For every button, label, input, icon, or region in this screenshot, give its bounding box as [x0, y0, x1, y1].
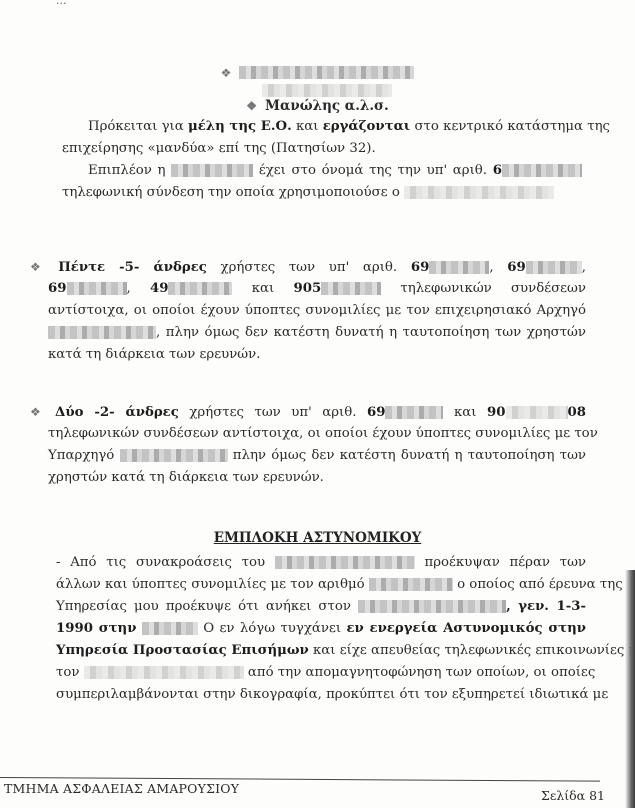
redacted-block	[120, 449, 228, 462]
redacted-block	[429, 261, 489, 274]
top-cut-text: ...	[56, 0, 67, 7]
text: τον	[56, 665, 79, 680]
paragraph-phone-owner-line2: τηλεφωνική σύνδεση την οποία χρησιμοποιο…	[62, 182, 582, 205]
police-paragraph-line7: συμπεριλαμβάνονται στην δικογραφία, προκ…	[56, 684, 586, 707]
phone-number-visible: 90	[487, 405, 506, 420]
phone-number-visible: 69	[507, 260, 526, 275]
text-line: Υπηρεσία Προστασίας Επισήμων και είχε απ…	[56, 640, 586, 663]
redacted-block	[369, 578, 453, 591]
bullet-five-men-line4: , πλην όμως δεν κατέστη δυνατή η ταυτοπο…	[48, 322, 586, 345]
redacted-block	[526, 261, 582, 274]
bullet-two-men-line4: χρηστών κατά τη διάρκεια των ερευνών.	[48, 467, 586, 490]
paragraph-phone-owner: Επιπλέον η έχει στο όνομά της την υπ' αρ…	[88, 160, 582, 183]
text-line: - Από τις συνακροάσεις του προέκυψαν πέρ…	[56, 552, 586, 575]
redacted-person-line-2	[0, 80, 635, 99]
redacted-block	[142, 622, 198, 635]
text: Ο εν λόγω τυγχάνει	[203, 621, 341, 636]
redacted-block	[171, 164, 253, 177]
text: , πλην όμως δεν κατέστη δυνατή η ταυτοπο…	[156, 325, 586, 340]
diamond-bullet-icon: ❖	[221, 66, 232, 80]
text-line: ❖Πέντε -5- άνδρες χρήστες των υπ' αριθ. …	[30, 256, 586, 280]
text: και είχε απευθείας τηλεφωνικές επικοινων…	[313, 643, 635, 658]
bold-lead: Πέντε -5- άνδρες	[58, 260, 207, 275]
diamond-bullet-icon: ❖	[30, 405, 47, 419]
text-line: 1990 στην Ο εν λόγω τυγχάνει εν ενεργεία…	[56, 618, 586, 641]
police-paragraph-line5: Υπηρεσία Προστασίας Επισήμων και είχε απ…	[56, 640, 586, 663]
text: έχει στο όνομά της την υπ' αριθ.	[259, 163, 487, 178]
diamond-bullet-icon: ❖	[246, 99, 257, 113]
text: Επιπλέον η	[88, 163, 165, 178]
text-line: χρηστών κατά τη διάρκεια των ερευνών.	[48, 467, 586, 490]
bullet-two-men: ❖Δύο -2- άνδρες χρήστες των υπ' αριθ. 69…	[30, 401, 586, 425]
redacted-block	[358, 600, 506, 613]
bold-text: εν ενεργεία Αστυνομικός στην	[346, 621, 586, 636]
redacted-block	[275, 556, 415, 569]
text: ο οποίος από έρευνα της	[457, 577, 623, 592]
text-line: τον από την απομαγνητοφώνηση των οποίων,…	[56, 662, 586, 685]
section-heading: ΕΜΠΛΟΚΗ ΑΣΤΥΝΟΜΙΚΟΥ	[0, 530, 635, 546]
person-name-heading: ❖Μανώλης α.λ.σ.	[0, 98, 635, 114]
footer-department: ΤΜΗΜΑ ΑΣΦΑΛΕΙΑΣ ΑΜΑΡΟΥΣΙΟΥ	[4, 781, 239, 796]
police-paragraph-line2: άλλων και ύποπτες συνομιλίες με τον αριθ…	[56, 574, 586, 597]
text: και	[454, 405, 477, 420]
redacted-block	[48, 326, 156, 339]
phone-number-visible: 69	[48, 281, 67, 296]
bullet-five-men-line2: 69, 49 και 905 τηλεφωνικών συνδέσεων	[48, 278, 586, 301]
redacted-person-line-1: ❖	[0, 62, 635, 81]
text-line: επιχείρησης «μανδύα» επί της (Πατησίων 3…	[62, 138, 582, 161]
text: πλην όμως δεν κατέστη δυνατή η ταυτοποίη…	[233, 448, 586, 463]
redacted-block	[385, 406, 443, 419]
text-line: Υπηρεσίας μου προέκυψε ότι ανήκει στον ,…	[56, 596, 586, 619]
text-line: κατά τη διάρκεια των ερευνών.	[48, 344, 586, 367]
text-line: , πλην όμως δεν κατέστη δυνατή η ταυτοπο…	[48, 322, 586, 345]
police-paragraph-line6: τον από την απομαγνητοφώνηση των οποίων,…	[56, 662, 586, 685]
bold-lead: Δύο -2- άνδρες	[55, 405, 179, 420]
text-line: συμπεριλαμβάνονται στην δικογραφία, προκ…	[56, 684, 586, 707]
diamond-bullet-icon: ❖	[30, 260, 50, 274]
police-paragraph-line1: - Από τις συνακροάσεις του προέκυψαν πέρ…	[56, 552, 586, 575]
text-line: 69, 49 και 905 τηλεφωνικών συνδέσεων	[48, 278, 586, 301]
bold-text: εργάζονται	[323, 119, 411, 134]
police-paragraph-line4: 1990 στην Ο εν λόγω τυγχάνει εν ενεργεία…	[56, 618, 586, 641]
police-paragraph-line3: Υπηρεσίας μου προέκυψε ότι ανήκει στον ,…	[56, 596, 586, 619]
text-line: αντίστοιχα, οι οποίοι έχουν ύποπτες συνο…	[48, 300, 586, 323]
redacted-block	[262, 84, 392, 97]
text-line: Πρόκειται για μέλη της Ε.Ο. και εργάζοντ…	[62, 116, 582, 139]
text: προέκυψαν πέραν των	[424, 555, 586, 570]
phone-number-visible: 905	[293, 281, 321, 296]
phone-number-visible: 6	[493, 163, 502, 178]
redacted-block	[502, 164, 582, 177]
birth-date-bold: , γεν. 1-3-	[506, 599, 586, 614]
phone-number-visible: 69	[411, 260, 430, 275]
text: Υπηρεσίας μου προέκυψε ότι ανήκει στον	[56, 599, 351, 614]
text: άλλων και ύποπτες συνομιλίες με τον αριθ…	[56, 577, 365, 592]
bold-text: 1990 στην	[56, 621, 136, 636]
text: χρήστες των υπ' αριθ.	[221, 260, 398, 275]
text-line: Υπαρχηγό πλην όμως δεν κατέστη δυνατή η …	[48, 445, 586, 468]
bold-text: μέλη της Ε.Ο.	[188, 119, 292, 134]
text: τηλεφωνική σύνδεση την οποία χρησιμοποιο…	[62, 185, 400, 200]
redacted-block	[239, 66, 414, 79]
text-line: Επιπλέον η έχει στο όνομά της την υπ' αρ…	[88, 160, 582, 183]
bullet-five-men-line3: αντίστοιχα, οι οποίοι έχουν ύποπτες συνο…	[48, 300, 586, 323]
text: Υπαρχηγό	[48, 448, 114, 463]
person-name: Μανώλης α.λ.σ.	[265, 98, 389, 114]
text: - Από τις συνακροάσεις του	[56, 555, 265, 570]
scan-edge-shadow	[625, 570, 635, 808]
text-line: τηλεφωνικών συνδέσεων αντίστοιχα, οι οπο…	[48, 423, 586, 446]
text: από την απομαγνητοφώνηση των οποίων, οι …	[248, 665, 595, 680]
redacted-block	[84, 666, 244, 679]
footer-page-number: Σελίδα 81	[541, 788, 605, 803]
phone-number-visible: 08	[568, 405, 587, 420]
redacted-block	[168, 282, 232, 295]
text: και	[252, 281, 275, 296]
paragraph-members: Πρόκειται για μέλη της Ε.Ο. και εργάζοντ…	[62, 116, 582, 139]
bullet-five-men: ❖Πέντε -5- άνδρες χρήστες των υπ' αριθ. …	[30, 256, 586, 280]
phone-number-visible: 69	[367, 405, 386, 420]
text-line: ❖Δύο -2- άνδρες χρήστες των υπ' αριθ. 69…	[30, 401, 586, 425]
redacted-block	[321, 282, 381, 295]
redacted-block	[67, 282, 127, 295]
phone-number-visible: 49	[150, 281, 169, 296]
text-line: τηλεφωνική σύνδεση την οποία χρησιμοποιο…	[62, 182, 582, 205]
paragraph-members-line2: επιχείρησης «μανδύα» επί της (Πατησίων 3…	[62, 138, 582, 161]
scanned-document-page: ... ❖ ❖Μανώλης α.λ.σ. Πρόκειται για μέλη…	[0, 0, 635, 808]
bullet-two-men-line2: τηλεφωνικών συνδέσεων αντίστοιχα, οι οπο…	[48, 423, 586, 446]
redacted-block	[404, 186, 554, 199]
bold-text: Υπηρεσία Προστασίας Επισήμων	[56, 643, 309, 658]
bullet-five-men-line5: κατά τη διάρκεια των ερευνών.	[48, 344, 586, 367]
text: τηλεφωνικών συνδέσεων	[400, 281, 586, 296]
bullet-two-men-line3: Υπαρχηγό πλην όμως δεν κατέστη δυνατή η …	[48, 445, 586, 468]
text: χρήστες των υπ' αριθ.	[189, 405, 356, 420]
text-line: άλλων και ύποπτες συνομιλίες με τον αριθ…	[56, 574, 586, 597]
redacted-block	[506, 406, 568, 419]
